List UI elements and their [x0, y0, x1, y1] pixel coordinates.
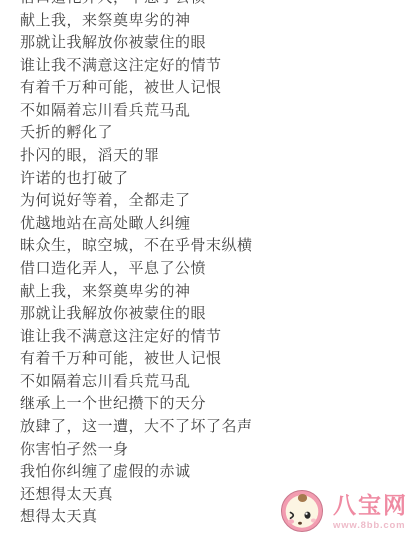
lyric-line: 你害怕孑然一身 — [20, 439, 400, 462]
lyric-line: 谁让我不满意这注定好的情节 — [20, 55, 400, 78]
lyric-line: 夭折的孵化了 — [20, 122, 400, 145]
lyric-line: 为何说好等着，全都走了 — [20, 190, 400, 213]
lyric-line: 扑闪的眼，滔天的罪 — [20, 145, 400, 168]
lyric-line: 优越地站在高处瞰人纠缠 — [20, 213, 400, 236]
lyrics-block: 借口造化弄人，平息了公愤 献上我，来祭奠卑劣的神 那就让我解放你被蒙住的眼 谁让… — [20, 0, 400, 529]
lyric-line: 献上我，来祭奠卑劣的神 — [20, 10, 400, 33]
lyric-line: 谁让我不满意这注定好的情节 — [20, 326, 400, 349]
watermark: 八宝网 www.8bb.com — [280, 488, 408, 534]
lyric-line: 不如隔着忘川看兵荒马乱 — [20, 100, 400, 123]
watermark-site-name: 八宝网 — [333, 492, 408, 518]
lyric-line: 继承上一个世纪攒下的天分 — [20, 393, 400, 416]
lyric-line: 有着千万种可能，被世人记恨 — [20, 348, 400, 371]
lyric-line: 有着千万种可能，被世人记恨 — [20, 77, 400, 100]
lyric-line: 不如隔着忘川看兵荒马乱 — [20, 371, 400, 394]
watermark-brand: 八宝网 www.8bb.com — [333, 492, 408, 531]
lyric-line: 我怕你纠缠了虚假的赤诚 — [20, 461, 400, 484]
lyric-line: 献上我，来祭奠卑劣的神 — [20, 281, 400, 304]
lyric-line: 那就让我解放你被蒙住的眼 — [20, 303, 400, 326]
lyric-line: 借口造化弄人，平息了公愤 — [20, 0, 400, 10]
baby-face-logo-icon — [280, 488, 324, 534]
lyric-line: 放肆了，这一遭，大不了坏了名声 — [20, 416, 400, 439]
lyric-line: 那就让我解放你被蒙住的眼 — [20, 32, 400, 55]
lyric-line: 许诺的也打破了 — [20, 168, 400, 191]
watermark-site-url: www.8bb.com — [333, 520, 408, 531]
lyric-line: 借口造化弄人，平息了公愤 — [20, 258, 400, 281]
lyric-line: 昧众生，晾空城，不在乎骨末纵横 — [20, 235, 400, 258]
